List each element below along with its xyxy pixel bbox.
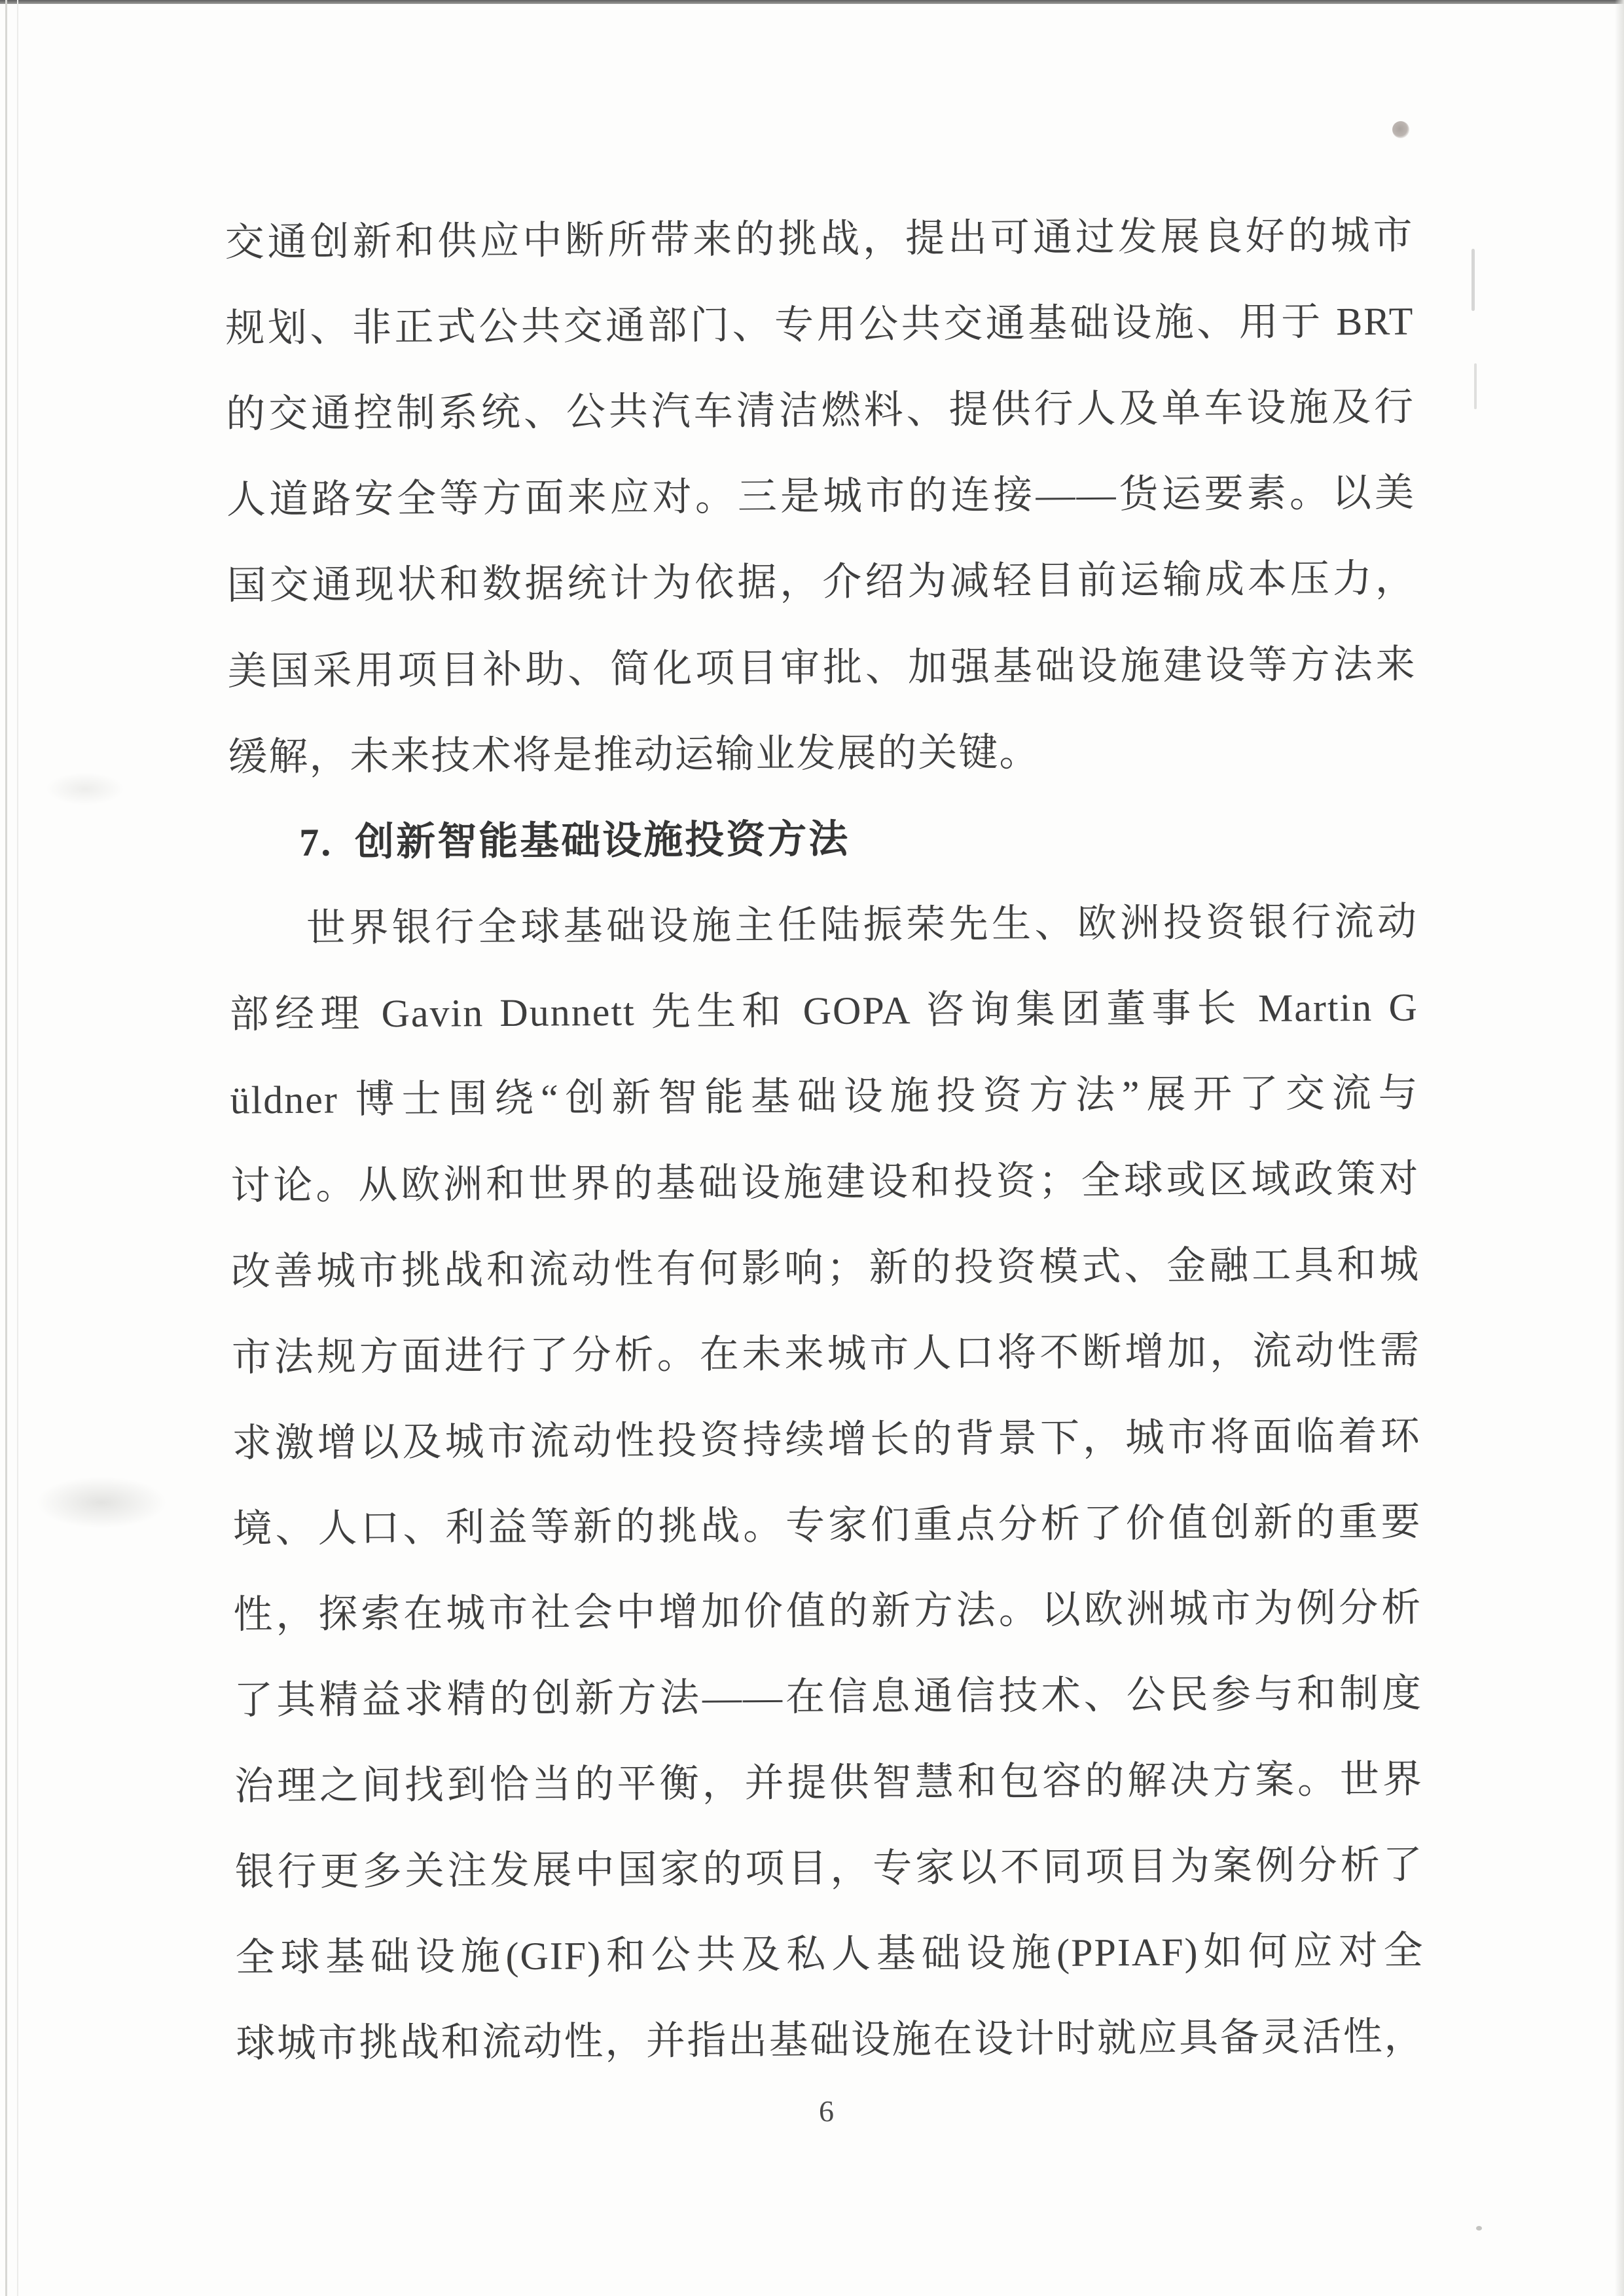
text-line: 的交通控制系统、公共汽车清洁燃料、提供行人及单车设施及行 xyxy=(226,364,1415,457)
text-line: 缓解，未来技术将是推动运输业发展的关键。 xyxy=(228,707,1417,800)
text-line: 市法规方面进行了分析。在未来城市人口将不断增加，流动性需 xyxy=(232,1307,1421,1400)
text-line: 了其精益求精的创新方法——在信息通信技术、公民参与和制度 xyxy=(234,1650,1423,1743)
scan-speck xyxy=(1392,121,1409,138)
text-line: üldner 博士围绕“创新智能基础设施投资方法”展开了交流与 xyxy=(230,1050,1419,1143)
scan-bleed-mark xyxy=(1474,363,1477,409)
text-line: 银行更多关注发展中国家的项目，专家以不同项目为案例分析了 xyxy=(234,1822,1424,1915)
scan-bleed-mark xyxy=(1471,249,1475,311)
text-line: 国交通现状和数据统计为依据，介绍为减轻目前运输成本压力， xyxy=(226,536,1416,629)
text-line: 讨论。从欧洲和世界的基础设施建设和投资；全球或区域政策对 xyxy=(230,1136,1420,1229)
text-line: 境、人口、利益等新的挑战。专家们重点分析了价值创新的重要 xyxy=(232,1479,1422,1572)
text-line: 求激增以及城市流动性投资持续增长的背景下，城市将面临着环 xyxy=(232,1393,1421,1486)
scan-smudge xyxy=(46,773,124,805)
scan-edge-left-faint xyxy=(17,0,18,2296)
scan-smudge xyxy=(36,1476,167,1529)
scan-edge-left xyxy=(5,0,7,2296)
page-body-text: 交通创新和供应中断所带来的挑战，提出可通过发展良好的城市 规划、非正式公共交通部… xyxy=(225,192,1425,2086)
section-title: 创新智能基础设施投资方法 xyxy=(355,818,850,864)
text-line: 全球基础设施(GIF)和公共及私人基础设施(PPIAF)如何应对全 xyxy=(235,1908,1424,2001)
section-heading: 7.创新智能基础设施投资方法 xyxy=(228,793,1418,886)
scan-edge-right xyxy=(1615,0,1624,2296)
section-number: 7. xyxy=(299,821,333,864)
page-number: 6 xyxy=(14,2094,1624,2128)
text-line: 交通创新和供应中断所带来的挑战，提出可通过发展良好的城市 xyxy=(225,192,1414,285)
scan-edge-top xyxy=(0,0,1624,4)
text-line: 美国采用项目补助、简化项目审批、加强基础设施建设等方法来 xyxy=(227,621,1416,714)
scan-dot xyxy=(1476,2226,1482,2231)
text-line: 世界银行全球基础设施主任陆振荣先生、欧洲投资银行流动 xyxy=(229,879,1418,972)
document-page: { "page": { "number": "6", "ink_color": … xyxy=(0,0,1624,2296)
text-line: 改善城市挑战和流动性有何影响；新的投资模式、金融工具和城 xyxy=(231,1222,1420,1315)
text-line: 规划、非正式公共交通部门、专用公共交通基础设施、用于 BRT xyxy=(225,278,1415,371)
text-line: 人道路安全等方面来应对。三是城市的连接——货运要素。以美 xyxy=(226,450,1416,543)
text-line: 性，探索在城市社会中增加价值的新方法。以欧洲城市为例分析 xyxy=(233,1565,1422,1658)
text-line: 球城市挑战和流动性，并指出基础设施在设计时就应具备灵活性， xyxy=(236,1994,1425,2086)
text-line: 治理之间找到恰当的平衡，并提供智慧和包容的解决方案。世界 xyxy=(234,1736,1424,1829)
text-line: 部经理 Gavin Dunnett 先生和 GOPA 咨询集团董事长 Marti… xyxy=(229,964,1418,1057)
